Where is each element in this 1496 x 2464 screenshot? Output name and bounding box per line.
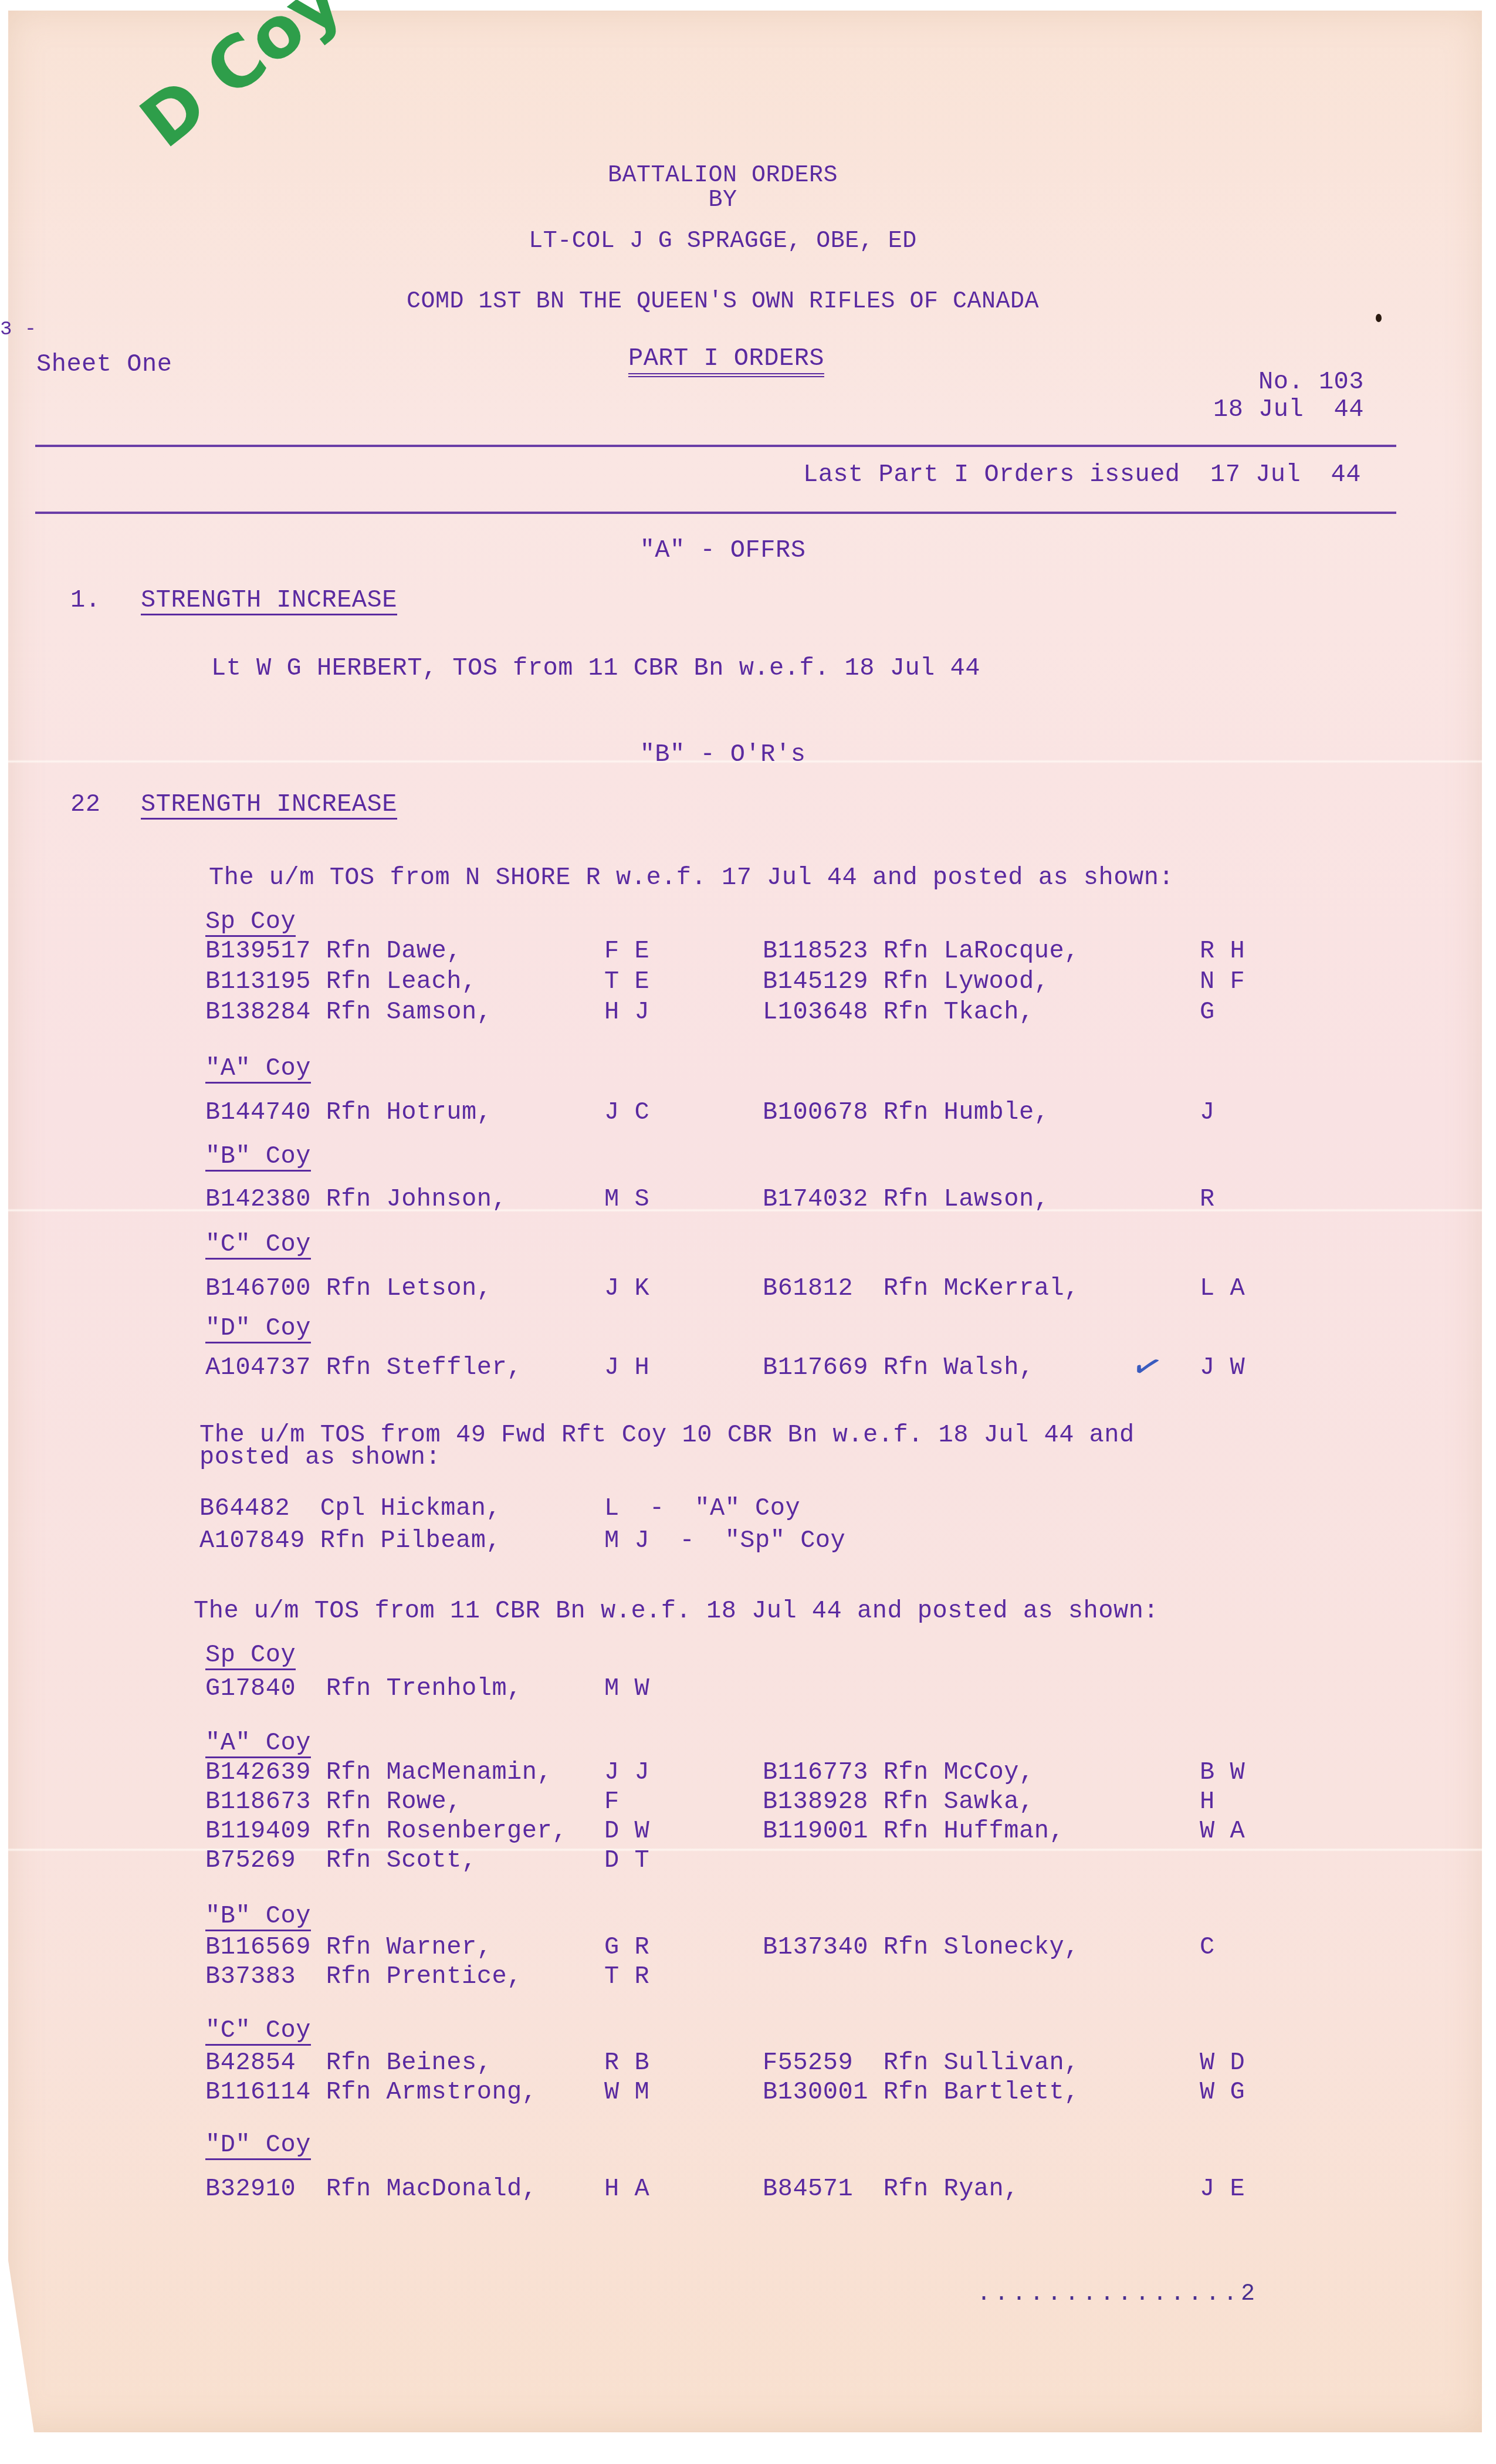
roll-entry: B100678 Rfn Humble, <box>763 1100 1049 1125</box>
roll-initials: G <box>1200 1000 1215 1024</box>
roll-entry: B117669 Rfn Walsh, <box>763 1355 1034 1380</box>
order-number: No. 103 <box>1258 370 1364 394</box>
roll-initials: N F <box>1200 969 1245 994</box>
roll-entry: B138928 Rfn Sawka, <box>763 1789 1034 1814</box>
group-intro: The u/m TOS from N SHORE R w.e.f. 17 Jul… <box>209 865 1174 890</box>
roll-entry: B144740 Rfn Hotrum, <box>205 1100 492 1125</box>
section-b-heading: "B" - O'R's <box>640 742 806 767</box>
roll-entry: B137340 Rfn Slonecky, <box>763 1935 1079 1959</box>
roll-entry: B42854 Rfn Beines, <box>205 2050 492 2075</box>
roll-entry: B84571 Rfn Ryan, <box>763 2177 1019 2201</box>
roll-initials: F E <box>604 939 649 963</box>
roll-entry: B174032 Rfn Lawson, <box>763 1187 1049 1211</box>
roll-initials: H A <box>604 2177 649 2201</box>
roll-entry: B116114 Rfn Armstrong, <box>205 2080 537 2104</box>
roll-entry: B75269 Rfn Scott, <box>205 1848 477 1873</box>
roll-entry: B146700 Rfn Letson, <box>205 1276 492 1301</box>
roll-initials: W D <box>1200 2050 1245 2075</box>
roll-initials: W A <box>1200 1819 1245 1843</box>
roll-entry: B118673 Rfn Rowe, <box>205 1789 462 1814</box>
item-title: STRENGTH INCREASE <box>141 588 397 615</box>
continuation-marker: ...............2 <box>977 2281 1258 2307</box>
item-title: STRENGTH INCREASE <box>141 792 397 820</box>
roll-entry: A104737 Rfn Steffler, <box>205 1355 522 1380</box>
roll-entry: B142380 Rfn Johnson, <box>205 1187 507 1211</box>
company-heading: "D" Coy <box>205 2133 311 2160</box>
roll-initials: C <box>1200 1935 1215 1959</box>
company-heading: "B" Coy <box>205 1904 311 1931</box>
company-heading: Sp Coy <box>205 1643 296 1670</box>
roll-initials: R B <box>604 2050 649 2075</box>
company-heading: Sp Coy <box>205 909 296 937</box>
roll-initials: J C <box>604 1100 649 1125</box>
roll-entry: B130001 Rfn Bartlett, <box>763 2080 1079 2104</box>
commander-name: LT-COL J G SPRAGGE, OBE, ED <box>529 230 917 253</box>
roll-entry: L103648 Rfn Tkach, <box>763 1000 1034 1024</box>
roll-initials: M S <box>604 1187 649 1211</box>
roll-entry: B61812 Rfn McKerral, <box>763 1276 1079 1301</box>
roll-initials: G R <box>604 1935 649 1959</box>
company-heading: "B" Coy <box>205 1144 311 1172</box>
roll-entry: B139517 Rfn Dawe, <box>205 939 462 963</box>
item-text: Lt W G HERBERT, TOS from 11 CBR Bn w.e.f… <box>211 656 980 681</box>
roll-entry: B138284 Rfn Samson, <box>205 1000 492 1024</box>
roll-entry: B142639 Rfn MacMenamin, <box>205 1760 552 1785</box>
roll-posting: M J - "Sp" Coy <box>604 1528 845 1553</box>
last-issued: Last Part I Orders issued 17 Jul 44 <box>803 462 1361 487</box>
roll-initials: L A <box>1200 1276 1245 1301</box>
roll-initials: T E <box>604 969 649 994</box>
roll-initials: H <box>1200 1789 1215 1814</box>
roll-initials: T R <box>604 1964 649 1989</box>
roll-initials: B W <box>1200 1760 1245 1785</box>
roll-entry: A107849 Rfn Pilbeam, <box>199 1528 501 1553</box>
roll-initials: W G <box>1200 2080 1245 2104</box>
roll-initials: J W <box>1200 1355 1245 1380</box>
part-heading: PART I ORDERS <box>628 346 824 377</box>
roll-initials: J J <box>604 1760 649 1785</box>
roll-initials: R <box>1200 1187 1215 1211</box>
company-heading: "A" Coy <box>205 1056 311 1084</box>
roll-entry: B37383 Rfn Prentice, <box>205 1964 522 1989</box>
roll-posting: L - "A" Coy <box>604 1496 800 1521</box>
roll-entry: B145129 Rfn Lywood, <box>763 969 1049 994</box>
sheet-label: Sheet One <box>36 352 172 377</box>
title-by: BY <box>708 189 737 212</box>
section-a-heading: "A" - OFFRS <box>640 538 806 563</box>
divider-bottom <box>35 512 1396 514</box>
group-intro: posted as shown: <box>199 1445 441 1470</box>
order-date: 18 Jul 44 <box>1213 397 1364 422</box>
company-heading: "D" Coy <box>205 1316 311 1343</box>
roll-initials: J K <box>604 1276 649 1301</box>
document-title: BATTALION ORDERS <box>608 164 838 188</box>
roll-entry: B64482 Cpl Hickman, <box>199 1496 501 1521</box>
roll-initials: W M <box>604 2080 649 2104</box>
company-heading: "A" Coy <box>205 1731 311 1758</box>
roll-initials: R H <box>1200 939 1245 963</box>
roll-entry: B119001 Rfn Huffman, <box>763 1819 1064 1843</box>
margin-mark: 3 - <box>0 320 37 340</box>
roll-entry: B118523 Rfn LaRocque, <box>763 939 1079 963</box>
roll-initials: M W <box>604 1676 649 1701</box>
unit-name: COMD 1ST BN THE QUEEN'S OWN RIFLES OF CA… <box>407 290 1039 314</box>
roll-entry: F55259 Rfn Sullivan, <box>763 2050 1079 2075</box>
company-heading: "C" Coy <box>205 1232 311 1260</box>
ink-spot <box>1376 314 1382 322</box>
roll-entry: B32910 Rfn MacDonald, <box>205 2177 537 2201</box>
roll-initials: D W <box>604 1819 649 1843</box>
roll-initials: D T <box>604 1848 649 1873</box>
roll-initials: J H <box>604 1355 649 1380</box>
roll-initials: J <box>1200 1100 1215 1125</box>
roll-entry: B116773 Rfn McCoy, <box>763 1760 1034 1785</box>
roll-entry: B119409 Rfn Rosenberger, <box>205 1819 567 1843</box>
group-intro: The u/m TOS from 11 CBR Bn w.e.f. 18 Jul… <box>194 1599 1159 1623</box>
item-number: 22 <box>70 792 100 817</box>
item-number: 1. <box>70 588 100 612</box>
roll-entry: B113195 Rfn Leach, <box>205 969 477 994</box>
roll-initials: F <box>604 1789 620 1814</box>
roll-initials: H J <box>604 1000 649 1024</box>
roll-entry: G17840 Rfn Trenholm, <box>205 1676 522 1701</box>
roll-entry: B116569 Rfn Warner, <box>205 1935 492 1959</box>
divider-top <box>35 445 1396 447</box>
roll-initials: J E <box>1200 2177 1245 2201</box>
company-heading: "C" Coy <box>205 2018 311 2046</box>
